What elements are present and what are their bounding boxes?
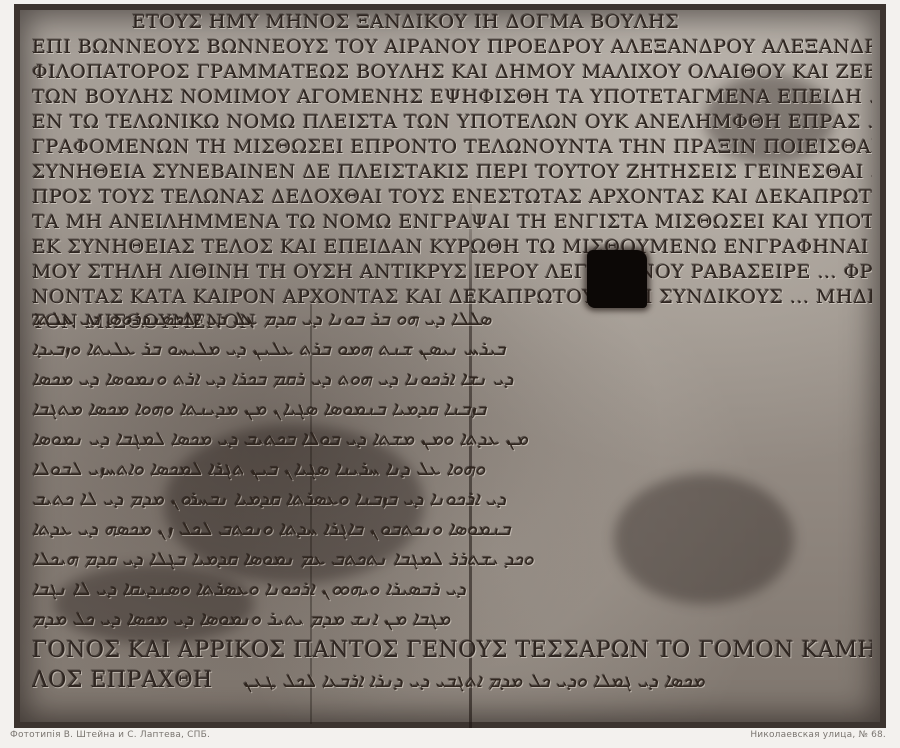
closing-inscription: ΓΟΝΟΣ ΚΑΙ ΑΡΡΙΚΟΣ ΠΑΝΤΟΣ ΓΕΝΟΥΣ ΤΕΣΣΑΡΩΝ… xyxy=(32,636,872,696)
aramaic-line: ܘܗܘܐ ܥܠ ܕܢܐ ܚܪܝܢܐ ܣܓܝܐܢ ܒܝܢ ܬܓܪܐ ܠܡܟܣܐ ܘ… xyxy=(32,454,872,484)
stone-tablet-photo: ΕΤΟΥΣ ΗΜΥ ΜΗΝΟΣ ΞΑΝΔΙΚΟΥ ΙΗ ΔΟΓΜΑ ΒΟΥΛΗΣ… xyxy=(14,4,886,728)
aramaic-line: ܒܙܒܢܐ ܩܕܡܝܐ ܒܢܡܘܣܐ ܣܓܝܐܢ ܡܢ ܡܕܝܢܬܐ ܘܗܘܐ … xyxy=(32,394,872,424)
aramaic-line: ܕܝ ܢܫܐ ܐܪܟܘܢܐ ܕܝ ܗܘܬ ܕܝ ܪܩܡ ܒܟܪܐ ܕܝ ܐܪܬ … xyxy=(32,364,872,394)
greek-line: ΤΑ ΜΗ ΑΝΕΙΛΗΜΜΕΝΑ ΤΩ ΝΟΜΩ ΕΝΓΡΑΨΑΙ ΤΗ ΕΝ… xyxy=(32,210,872,235)
aramaic-line: ܕܝ ܐܪܟܘܢܐ ܕܝ ܒܙܒܢܐ ܘܥܣܪܬܐ ܩܕܡܝܐ ܢܒܚܪܘܢ ܡ… xyxy=(32,484,872,514)
closing-aramaic-line: ܡܟܣܐ ܕܝ ܓܡܠܐ ܘܕܝ ܟܠ ܡܕܡ ܐܬܓܒܝ ܕܝ ܕܢܪܐ ܐܪ… xyxy=(243,666,705,696)
greek-line: ΜΟΥ ΣΤΗΛΗ ΛΙΘΙΝΗ ΤΗ ΟΥΣΗ ΑΝΤΙΚΡΥΣ ΙΕΡΟΥ … xyxy=(32,260,872,285)
address-caption: Николаевская улица, № 68. xyxy=(750,730,886,740)
greek-line: ΕΝ ΤΩ ΤΕΛΩΝΙΚΩ ΝΟΜΩ ΠΛΕΙΣΤΑ ΤΩΝ ΥΠΟΤΕΛΩΝ… xyxy=(32,110,872,135)
aramaic-line: ܒܢܡܘܣܐ ܘܢܟܬܒܘܢ ܒܐܓܪܐ ܚܕܬܐ ܘܢܟܬܒ ܠܟܠ ܙܢ ܡ… xyxy=(32,514,872,544)
greek-line: ΦΙΛΟΠΑΤΟΡΟΣ ΓΡΑΜΜΑΤΕΩΣ ΒΟΥΛΗΣ ΚΑΙ ΔΗΜΟΥ … xyxy=(32,60,872,85)
closing-greek-line: ΛΟΣ ΕΠΡΑΧΘΗ xyxy=(32,666,213,696)
aramaic-line: ܕܝ ܪܒܣܝܪܐ ܘܝܗܘܘܢ ܐܪܟܘܢܐ ܘܥܣܪܬܐ ܘܣܢܕܝܩܐ ܕ… xyxy=(32,574,872,604)
aramaic-line: ܘܟܕ ܝܫܬܪܪ ܠܡܓܒܐ ܢܬܟܬܒ ܥܡ ܢܡܘܣܐ ܩܕܡܝܐ ܒܓܠ… xyxy=(32,544,872,574)
closing-greek-line: ΓΟΝΟΣ ΚΑΙ ΑΡΡΙΚΟΣ ΠΑΝΤΟΣ ΓΕΝΟΥΣ ΤΕΣΣΑΡΩΝ… xyxy=(32,636,872,666)
hole-in-stone xyxy=(587,250,647,308)
greek-line: ΤΩΝ ΒΟΥΛΗΣ ΝΟΜΙΜΟΥ ΑΓΟΜΕΝΗΣ ΕΨΗΦΙΣΘΗ ΤΑ … xyxy=(32,85,872,110)
greek-line: ΕΠΙ ΒΩΝΝΕΟΥΣ ΒΩΝΝΕΟΥΣ ΤΟΥ ΑΙΡΑΝΟΥ ΠΡΟΕΔΡ… xyxy=(32,35,872,60)
greek-line: ΕΤΟΥΣ ΗΜΥ ΜΗΝΟΣ ΞΑΝΔΙΚΟΥ ΙΗ ΔΟΓΜΑ ΒΟΥΛΗΣ xyxy=(32,10,872,35)
photographer-caption: Фототипія В. Штейна и С. Лаптева, СПБ. xyxy=(10,730,210,740)
aramaic-line: ܡܢ ܥܕܬܐ ܘܡܢ ܡܫܬܐ ܕܝ ܒܘܠܐ ܒܟܬܝܒ ܕܝ ܡܟܣܐ ܠ… xyxy=(32,424,872,454)
greek-line: ΠΡΟΣ ΤΟΥΣ ΤΕΛΩΝΑΣ ΔΕΔΟΧΘΑΙ ΤΟΥΣ ΕΝΕΣΤΩΤΑ… xyxy=(32,185,872,210)
greek-inscription: ΕΤΟΥΣ ΗΜΥ ΜΗΝΟΣ ΞΑΝΔΙΚΟΥ ΙΗ ΔΟΓΜΑ ΒΟΥΛΗΣ… xyxy=(32,10,872,335)
greek-line: ΣΥΝΗΘΕΙΑ ΣΥΝΕΒΑΙΝΕΝ ΔΕ ΠΛΕΙΣΤΑΚΙΣ ΠΕΡΙ Τ… xyxy=(32,160,872,185)
greek-line: ΓΡΑΦΟΜΕΝΩΝ ΤΗ ΜΙΣΘΩΣΕΙ ΕΠΡΟΝΤΟ ΤΕΛΩΝΟΥΝΤ… xyxy=(32,135,872,160)
aramaic-line: ܣܠܠܐ ܕܝ ܗܘ ܒܪ ܒܘܢܐ ܕܝ ܩܕܡ ܥܠ ܕܝ ܐܠܟܣܢܕܪܘ… xyxy=(32,304,872,334)
aramaic-inscription: ܣܠܠܐ ܕܝ ܗܘ ܒܪ ܒܘܢܐ ܕܝ ܩܕܡ ܥܠ ܕܝ ܐܠܟܣܢܕܪܘ… xyxy=(32,304,872,634)
aramaic-line: ܒܝܪܚ ܢܝܣܢ ܫܢܬ ܗܡܘ ܒܪܬ ܥܠܝܢ ܕܝ ܡܠܝܚܘ ܒܪ ܥ… xyxy=(32,334,872,364)
aramaic-line: ܡܓܒܐ ܡܢ ܐܢܫ ܡܕܡ ܝܬܝܪ ܘܢܡܘܣܐ ܕܝ ܡܟܣܐ ܕܝ ܟ… xyxy=(32,604,872,634)
greek-line: ΕΚ ΣΥΝΗΘΕΙΑΣ ΤΕΛΟΣ ΚΑΙ ΕΠΕΙΔΑΝ ΚΥΡΩΘΗ ΤΩ… xyxy=(32,235,872,260)
